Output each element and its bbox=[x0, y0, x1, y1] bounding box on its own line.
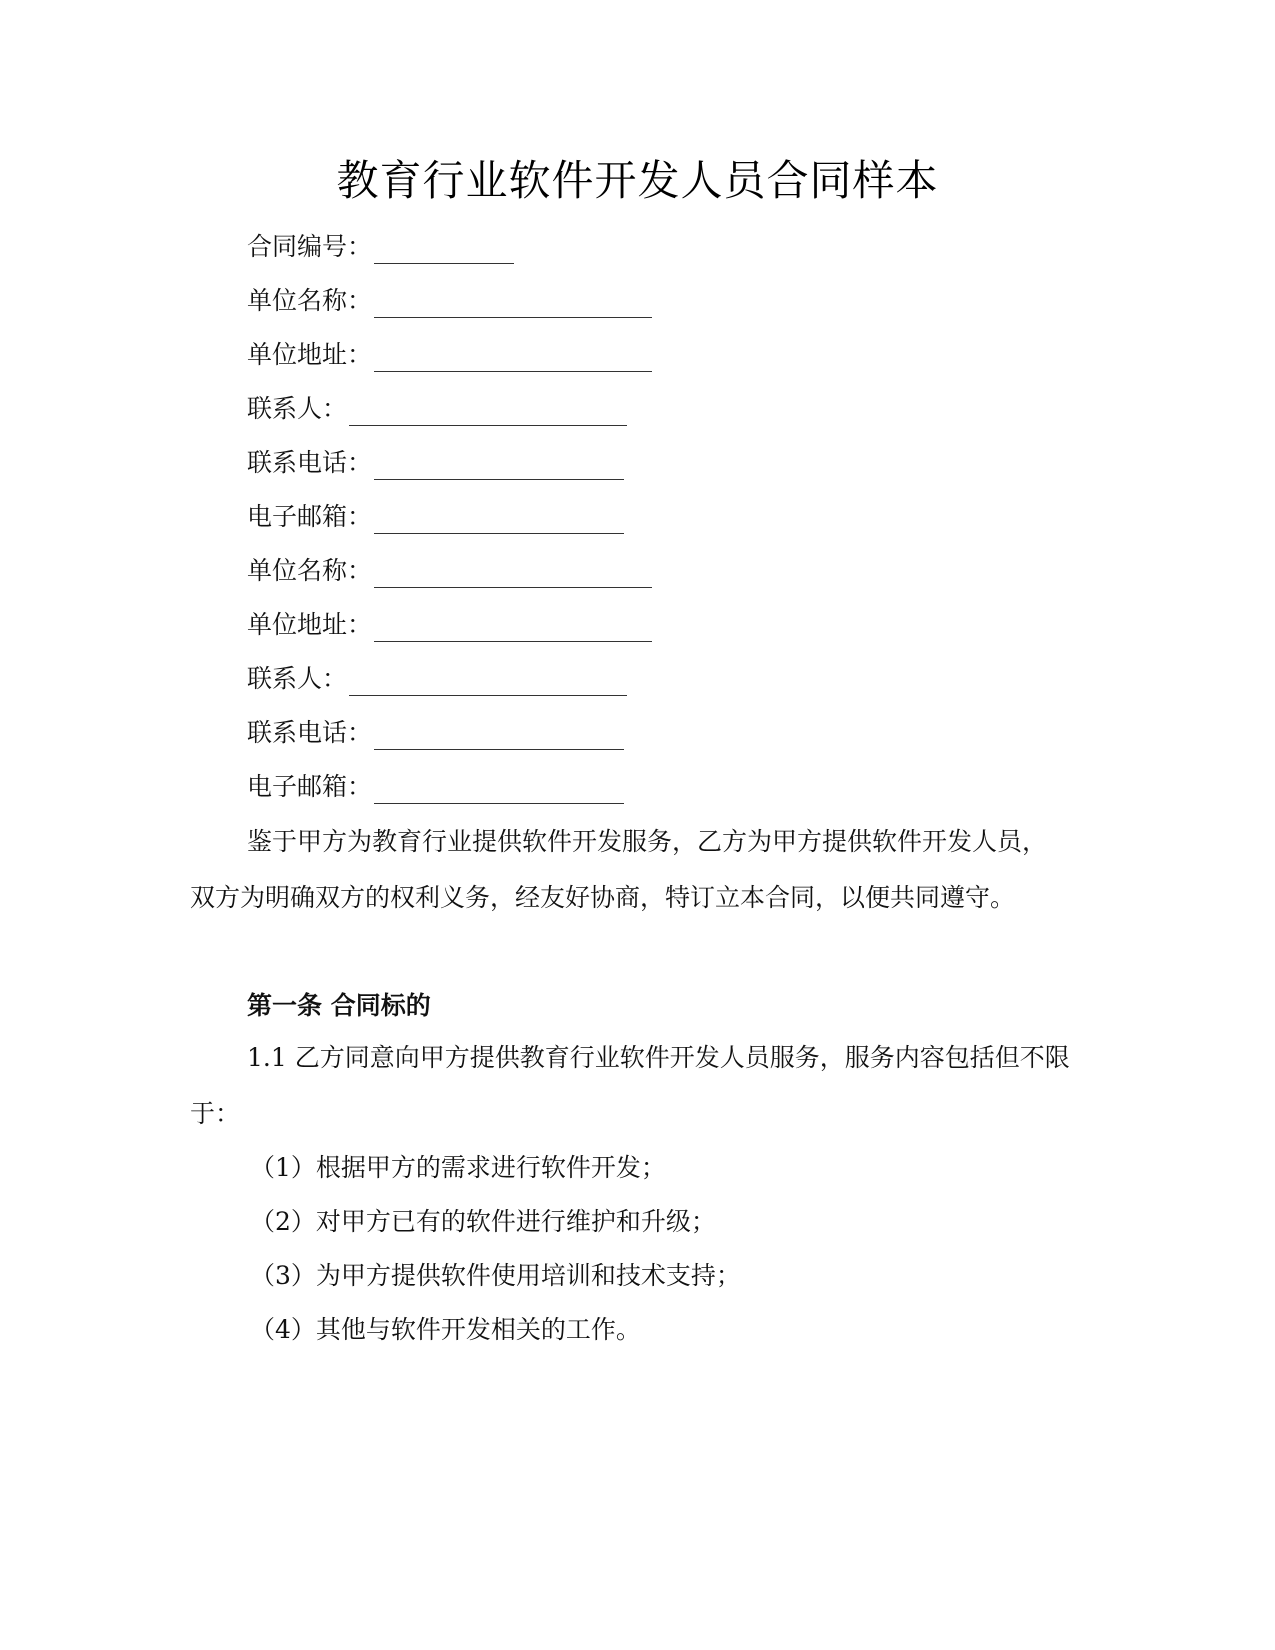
field-label: 合同编号： bbox=[247, 232, 372, 261]
field-unit-address-b: 单位地址： bbox=[247, 608, 652, 642]
blank-line bbox=[349, 399, 627, 426]
field-label: 联系人： bbox=[247, 394, 347, 423]
list-item: （4）其他与软件开发相关的工作。 bbox=[250, 1310, 641, 1346]
document-page: 教育行业软件开发人员合同样本 合同编号： 单位名称： 单位地址： 联系人： 联系… bbox=[0, 0, 1275, 1650]
blank-line bbox=[374, 561, 652, 588]
field-phone-a: 联系电话： bbox=[247, 446, 624, 480]
field-label: 电子邮箱： bbox=[247, 502, 372, 531]
preamble-paragraph: 鉴于甲方为教育行业提供软件开发服务，乙方为甲方提供软件开发人员，双方为明确双方的… bbox=[190, 814, 1070, 926]
blank-line bbox=[374, 291, 652, 318]
field-contact-b: 联系人： bbox=[247, 662, 627, 696]
blank-line bbox=[374, 723, 624, 750]
section-heading: 第一条 合同标的 bbox=[247, 986, 431, 1022]
field-email-a: 电子邮箱： bbox=[247, 500, 624, 534]
blank-line bbox=[374, 777, 624, 804]
field-label: 单位名称： bbox=[247, 286, 372, 315]
field-label: 单位名称： bbox=[247, 556, 372, 585]
document-title: 教育行业软件开发人员合同样本 bbox=[0, 148, 1275, 208]
list-item: （3）为甲方提供软件使用培训和技术支持； bbox=[250, 1256, 741, 1292]
field-label: 电子邮箱： bbox=[247, 772, 372, 801]
field-unit-name-b: 单位名称： bbox=[247, 554, 652, 588]
blank-line bbox=[374, 615, 652, 642]
field-label: 联系电话： bbox=[247, 718, 372, 747]
blank-line bbox=[374, 453, 624, 480]
field-label: 联系电话： bbox=[247, 448, 372, 477]
clause-1-1: 1.1 乙方同意向甲方提供教育行业软件开发人员服务，服务内容包括但不限于： bbox=[190, 1030, 1070, 1142]
field-email-b: 电子邮箱： bbox=[247, 770, 624, 804]
blank-line bbox=[374, 237, 514, 264]
clause-text: 1.1 乙方同意向甲方提供教育行业软件开发人员服务，服务内容包括但不限于： bbox=[190, 1043, 1070, 1128]
field-label: 联系人： bbox=[247, 664, 347, 693]
field-unit-address-a: 单位地址： bbox=[247, 338, 652, 372]
field-contact-a: 联系人： bbox=[247, 392, 627, 426]
field-unit-name-a: 单位名称： bbox=[247, 284, 652, 318]
field-label: 单位地址： bbox=[247, 610, 372, 639]
blank-line bbox=[374, 507, 624, 534]
blank-line bbox=[349, 669, 627, 696]
field-phone-b: 联系电话： bbox=[247, 716, 624, 750]
field-contract-number: 合同编号： bbox=[247, 230, 514, 264]
list-item: （1）根据甲方的需求进行软件开发； bbox=[250, 1148, 666, 1184]
field-label: 单位地址： bbox=[247, 340, 372, 369]
blank-line bbox=[374, 345, 652, 372]
preamble-text: 鉴于甲方为教育行业提供软件开发服务，乙方为甲方提供软件开发人员，双方为明确双方的… bbox=[190, 827, 1047, 912]
list-item: （2）对甲方已有的软件进行维护和升级； bbox=[250, 1202, 716, 1238]
